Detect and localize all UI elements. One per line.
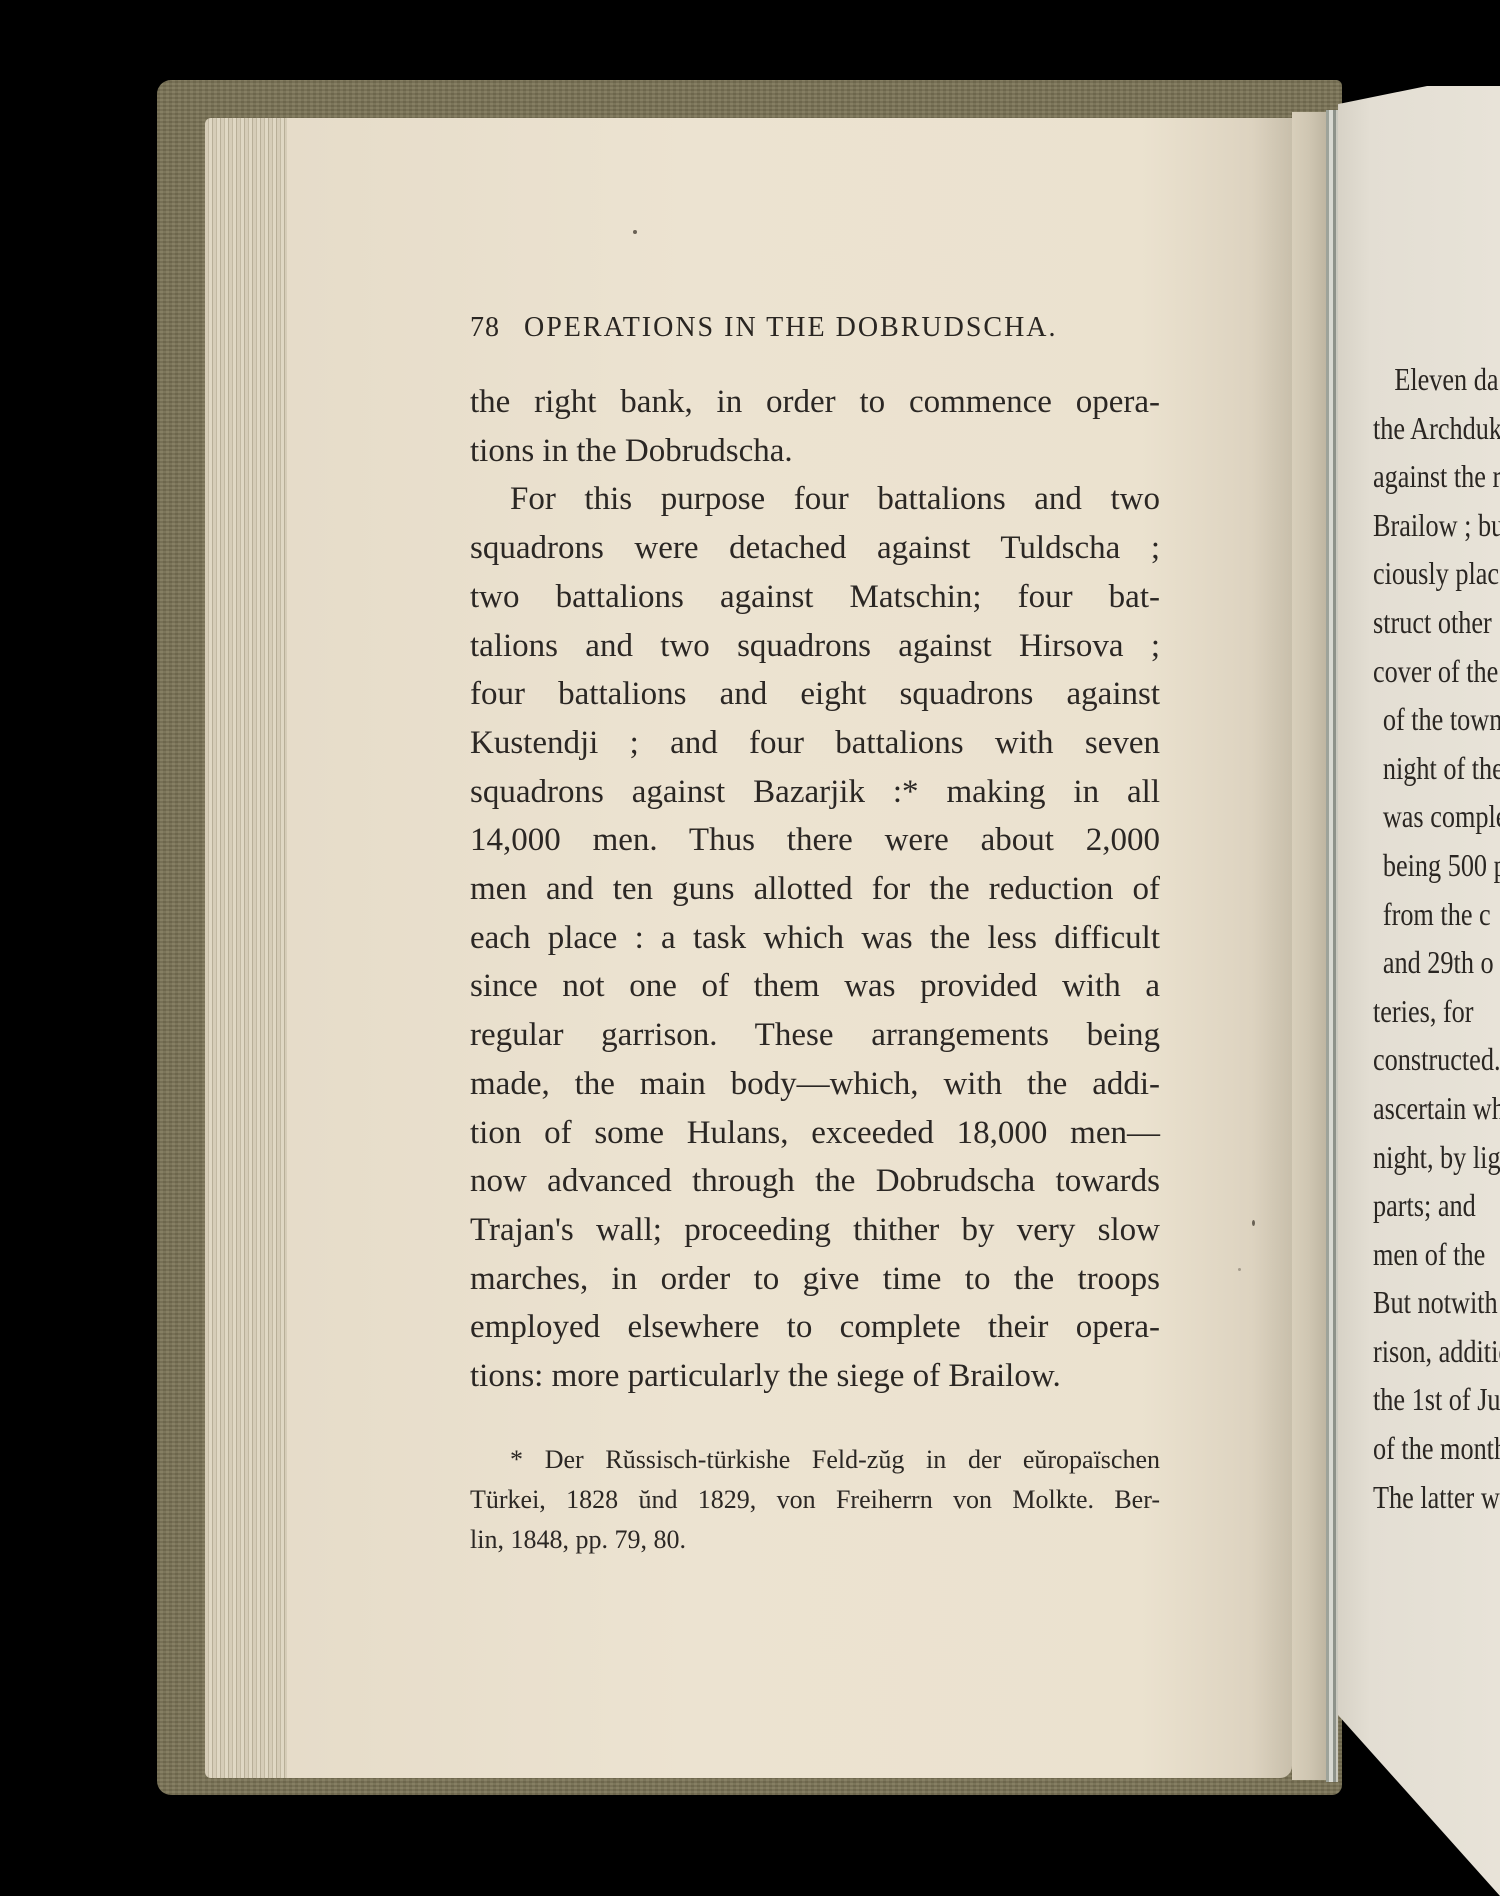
text-line: night, by lig — [1373, 1133, 1500, 1182]
footnote-line: * Der Rŭssisch-türkishe Feld-zŭg in der … — [470, 1440, 1160, 1480]
text-line: four battalions and eight squadrons agai… — [470, 670, 1160, 719]
text-line: ciously plac — [1373, 549, 1500, 598]
text-line: from the c — [1373, 890, 1500, 939]
text-line: of the town — [1373, 695, 1500, 744]
text-line: squadrons against Bazarjik :* making in … — [470, 768, 1160, 817]
text-line: struct other — [1373, 598, 1500, 647]
text-line: two battalions against Matschin; four ba… — [470, 573, 1160, 622]
text-line: But notwith — [1373, 1278, 1500, 1327]
text-line: teries, for — [1373, 987, 1500, 1036]
text-line: employed elsewhere to complete their ope… — [470, 1303, 1160, 1352]
page-number: 78 — [470, 312, 500, 343]
text-line: squadrons were detached against Tuldscha… — [470, 524, 1160, 573]
page-stack-edge — [205, 118, 287, 1778]
text-line: was complet — [1373, 792, 1500, 841]
text-line: men of the — [1373, 1230, 1500, 1279]
book-spine-gutter — [1326, 110, 1338, 1782]
text-line: night of the — [1373, 744, 1500, 793]
text-line: For this purpose four battalions and two — [470, 475, 1160, 524]
text-line: tions: more particularly the siege of Br… — [470, 1352, 1160, 1401]
footnote-line: lin, 1848, pp. 79, 80. — [470, 1520, 1160, 1560]
text-line: against the r — [1373, 452, 1500, 501]
text-line: cover of the — [1373, 647, 1500, 696]
text-line: since not one of them was provided with … — [470, 962, 1160, 1011]
footnote-line: Türkei, 1828 ŭnd 1829, von Freiherrn von… — [470, 1480, 1160, 1520]
text-line: tions in the Dobrudscha. — [470, 427, 1160, 476]
text-line: Trajan's wall; proceeding thither by ver… — [470, 1206, 1160, 1255]
right-page-text: Eleven da the Archduk against the r Brai… — [1373, 355, 1500, 1521]
text-line: Brailow ; bu — [1373, 501, 1500, 550]
text-line: talions and two squadrons against Hirsov… — [470, 622, 1160, 671]
text-line: the Archduk — [1373, 404, 1500, 453]
text-line: The latter wa — [1373, 1473, 1500, 1522]
running-head-title: OPERATIONS IN THE DOBRUDSCHA. — [524, 312, 1058, 343]
text-line: constructed. — [1373, 1035, 1500, 1084]
text-line: of the month — [1373, 1424, 1500, 1473]
text-line: regular garrison. These arrangements bei… — [470, 1011, 1160, 1060]
text-line: Eleven da — [1373, 355, 1500, 404]
text-line: 14,000 men. Thus there were about 2,000 — [470, 816, 1160, 865]
text-line: marches, in order to give time to the tr… — [470, 1255, 1160, 1304]
text-line: ascertain wh — [1373, 1084, 1500, 1133]
text-line: made, the main body—which, with the addi… — [470, 1060, 1160, 1109]
text-line: tion of some Hulans, exceeded 18,000 men… — [470, 1109, 1160, 1158]
footnote: * Der Rŭssisch-türkishe Feld-zŭg in der … — [470, 1440, 1160, 1560]
text-line: and 29th o — [1373, 938, 1500, 987]
text-line: the right bank, in order to commence ope… — [470, 378, 1160, 427]
body-text: the right bank, in order to commence ope… — [470, 378, 1160, 1401]
text-line: Kustendji ; and four battalions with sev… — [470, 719, 1160, 768]
text-line: now advanced through the Dobrudscha towa… — [470, 1157, 1160, 1206]
gutter-shadow — [1292, 112, 1326, 1780]
text-line: parts; and — [1373, 1181, 1500, 1230]
text-line: rison, additio — [1373, 1327, 1500, 1376]
running-head: 78OPERATIONS IN THE DOBRUDSCHA. — [470, 312, 1170, 344]
paper-speck — [633, 230, 637, 234]
text-line: men and ten guns allotted for the reduct… — [470, 865, 1160, 914]
text-line: being 500 p — [1373, 841, 1500, 890]
paper-speck — [1238, 1268, 1241, 1271]
text-line: each place : a task which was the less d… — [470, 914, 1160, 963]
text-line: the 1st of Ju — [1373, 1375, 1500, 1424]
paper-speck — [1252, 1220, 1255, 1226]
